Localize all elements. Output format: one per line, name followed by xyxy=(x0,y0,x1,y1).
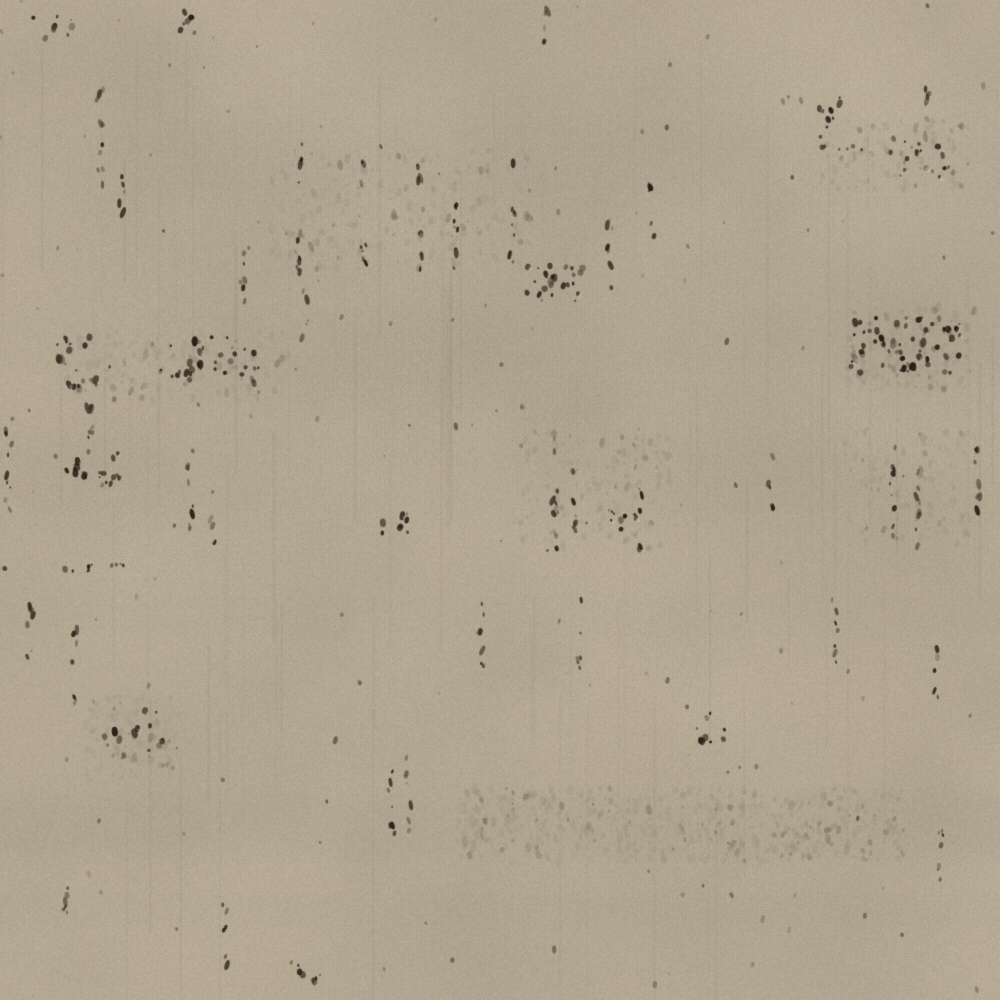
texture-viewport xyxy=(0,0,1000,1000)
cork-texture-image xyxy=(0,0,1000,1000)
